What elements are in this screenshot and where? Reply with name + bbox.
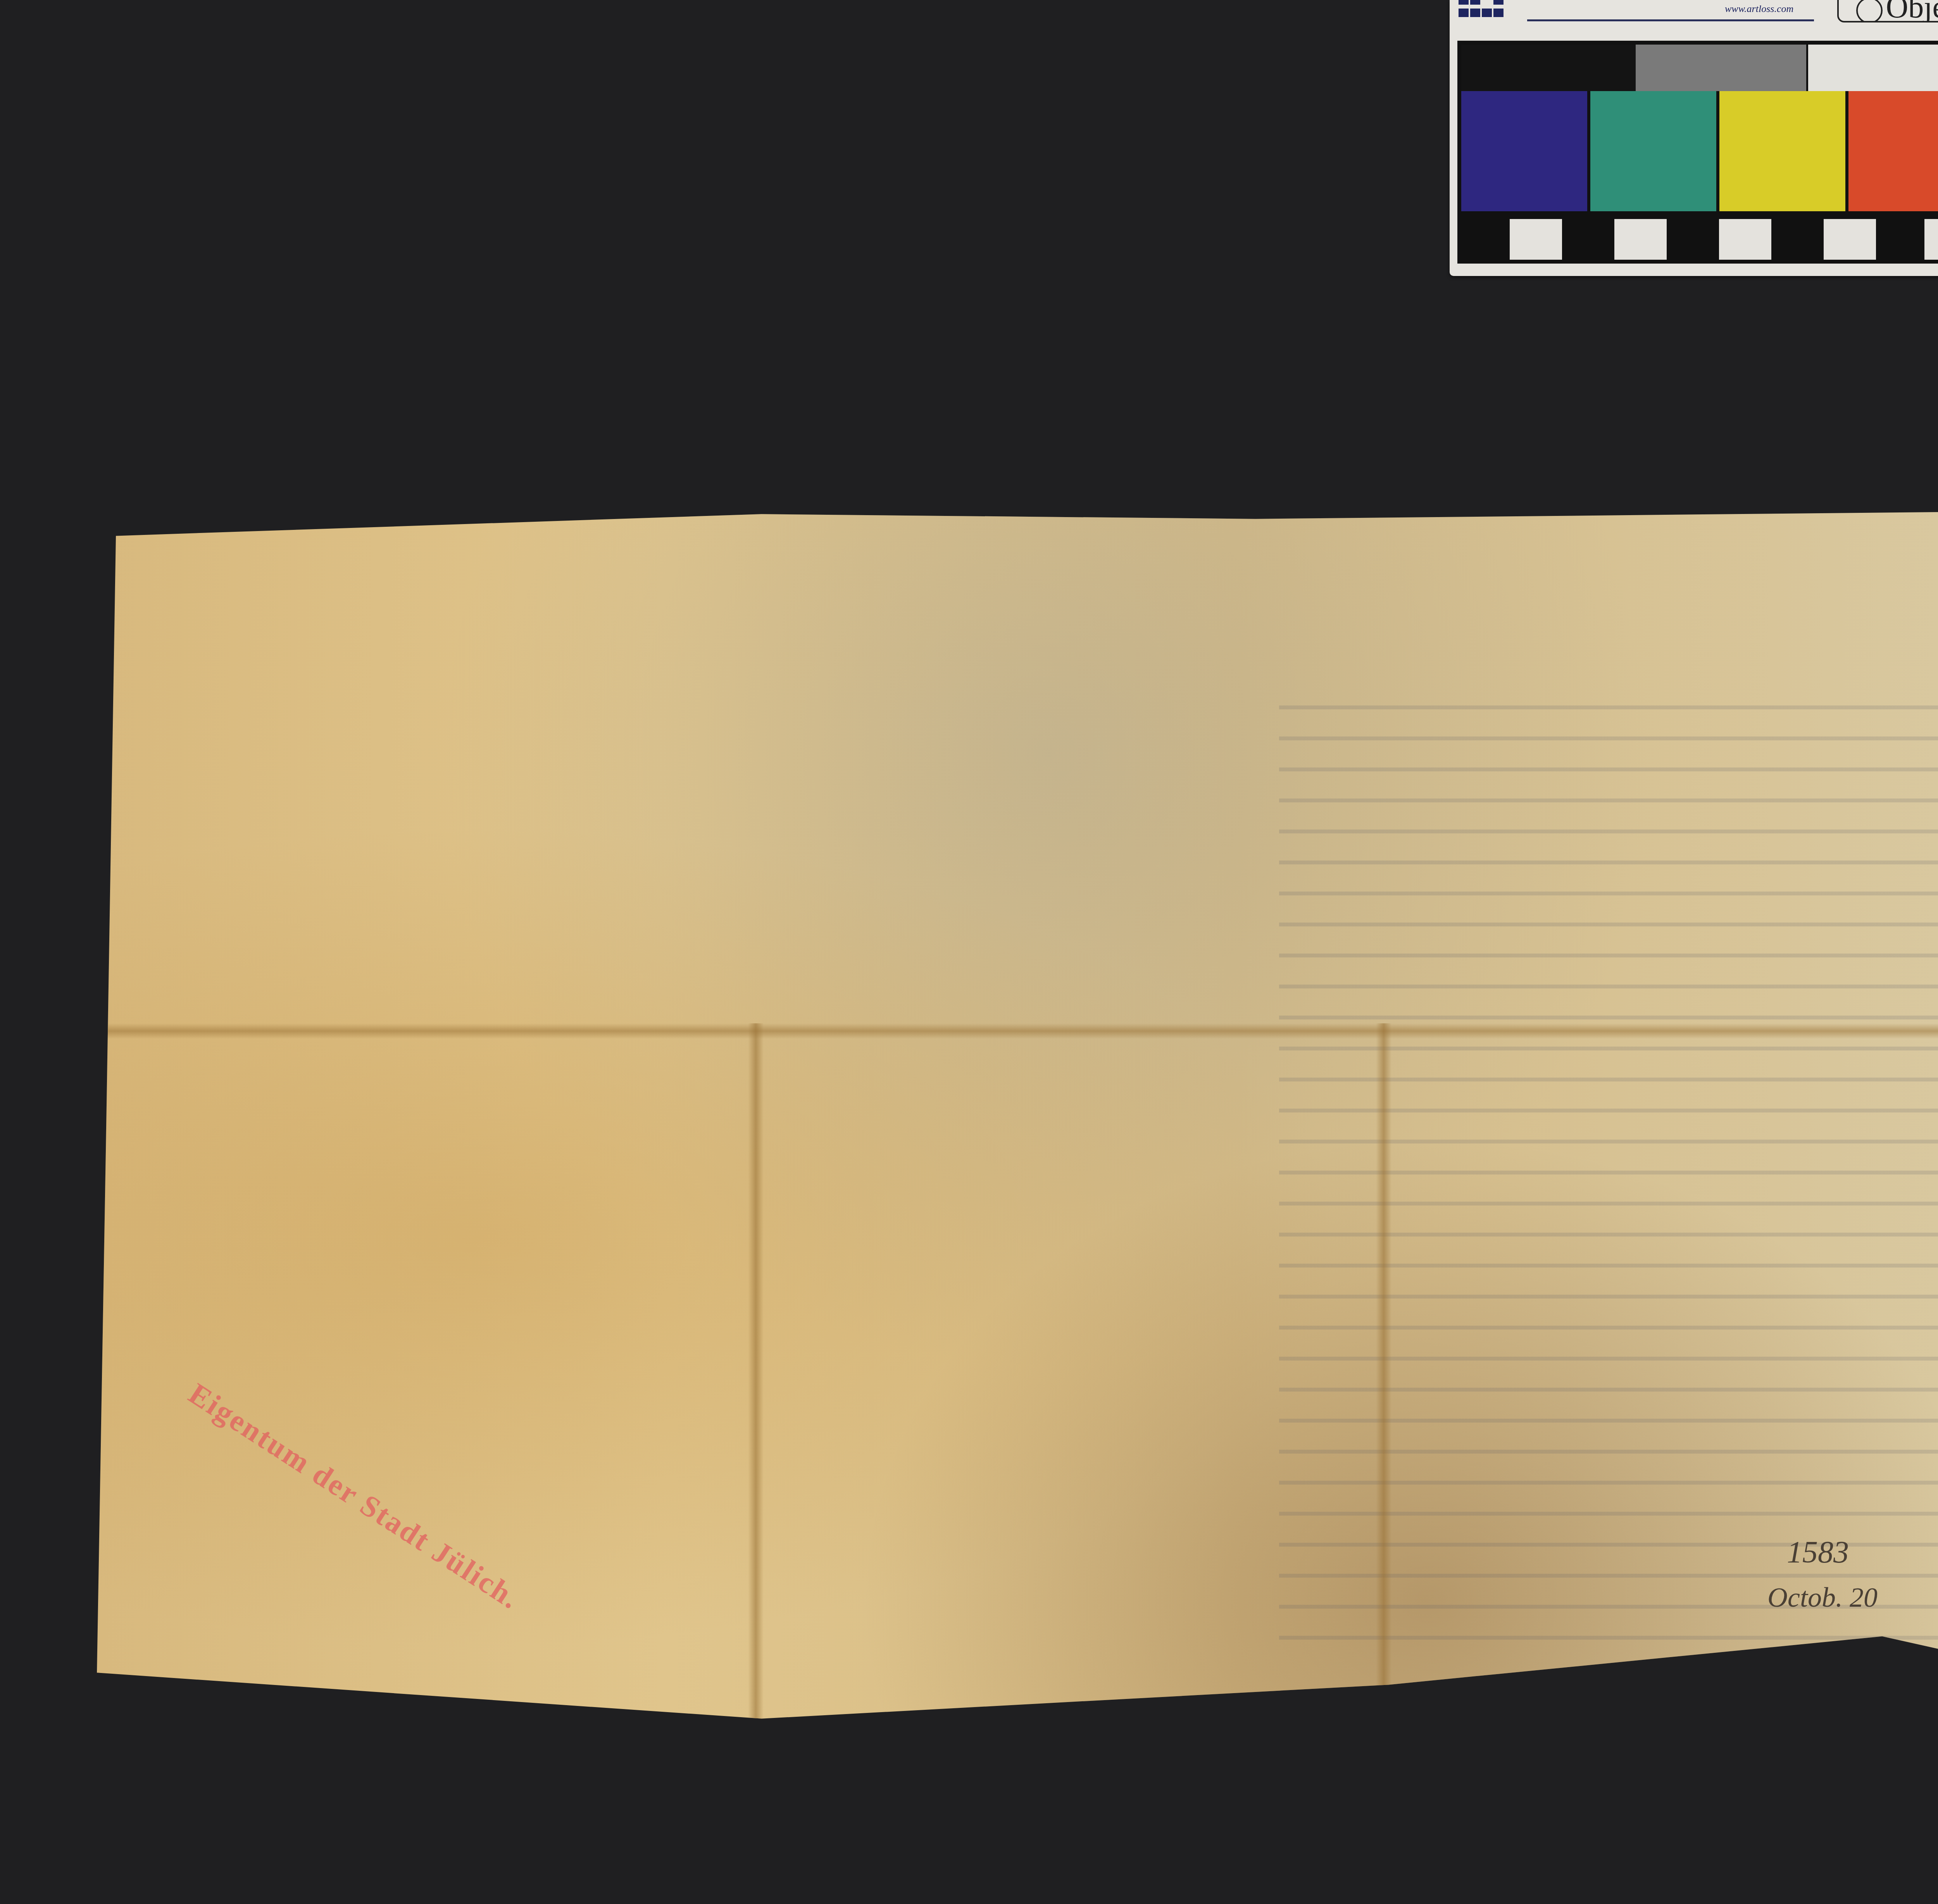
horizontal-fold <box>97 1023 1938 1039</box>
scale-tick: cm <box>1924 219 1938 260</box>
parchment-document: Eigentum der Stadt Jülich. 1583 Octob. 2… <box>97 512 1938 1721</box>
pencil-note-year: 1583 <box>1787 1535 1849 1570</box>
gray-patch-black <box>1461 45 1636 91</box>
scale-tick <box>1510 219 1562 260</box>
color-reference-card: www.artloss.com Object ID cm <box>1450 0 1938 276</box>
badge-text: Object ID <box>1886 0 1938 22</box>
ownership-stamp: Eigentum der Stadt Jülich. <box>183 1376 526 1616</box>
card-rule <box>1527 19 1814 21</box>
color-patch-teal <box>1590 91 1716 211</box>
color-chart: cm <box>1457 41 1938 264</box>
card-url: www.artloss.com <box>1725 3 1793 15</box>
cm-scale: cm <box>1457 215 1938 264</box>
grayscale-row <box>1457 41 1938 91</box>
object-id-badge: Object ID <box>1837 0 1938 22</box>
scale-tick <box>1719 219 1771 260</box>
gray-patch-white <box>1808 45 1938 91</box>
globe-icon <box>1856 0 1883 22</box>
color-patch-blue <box>1461 91 1587 211</box>
color-patch-yellow <box>1719 91 1845 211</box>
pencil-note-date: Octob. 20 <box>1767 1581 1878 1614</box>
color-patch-row <box>1457 91 1938 215</box>
vertical-fold-left <box>748 1023 764 1760</box>
vertical-fold-right <box>1376 1023 1391 1760</box>
scale-tick <box>1614 219 1667 260</box>
gray-patch-mid <box>1636 45 1806 91</box>
scale-tick <box>1824 219 1876 260</box>
color-patch-red <box>1848 91 1938 211</box>
logo-grid-icon <box>1455 0 1514 23</box>
